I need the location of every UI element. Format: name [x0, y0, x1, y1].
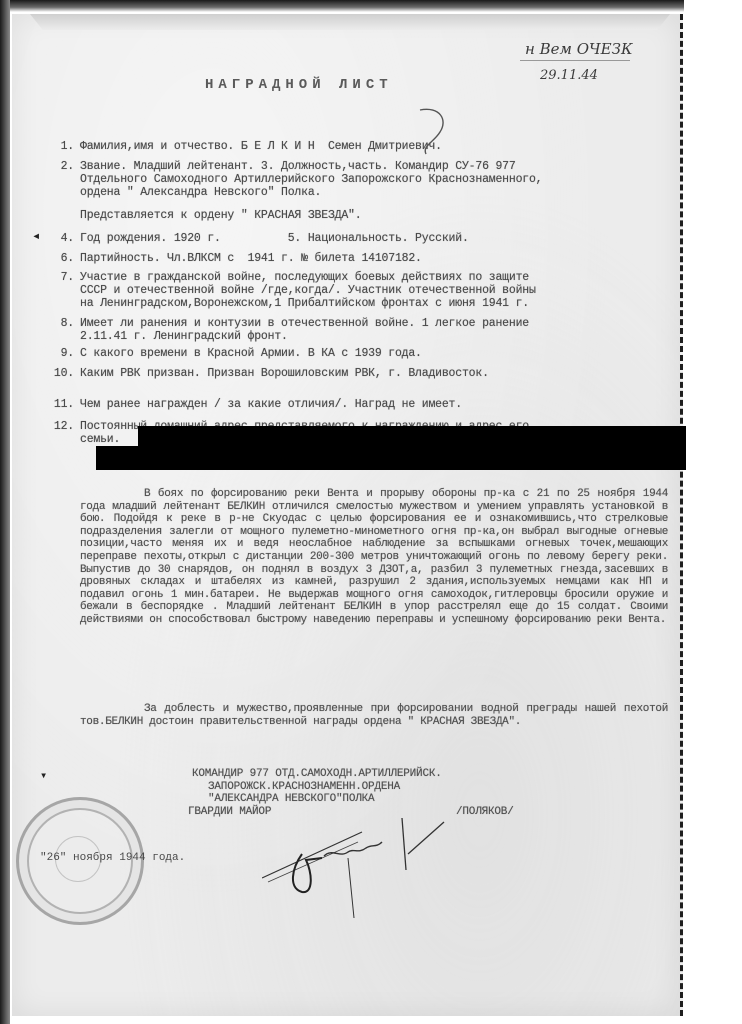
form-item: Представляется к ордену " КРАСНАЯ ЗВЕЗДА… [52, 209, 361, 222]
item-text: Фамилия,имя и отчество. Б Е Л К И Н Семе… [80, 140, 442, 153]
document-title: НАГРАДНОЙ ЛИСТ [205, 77, 393, 93]
item-text: Отдельного Самоходного Артиллерийского З… [80, 173, 542, 186]
signature-icon [262, 808, 482, 928]
narrative-paragraph-1: В боях по форсированию реки Вента и прор… [80, 488, 668, 627]
form-item: 1.Фамилия,имя и отчество. Б Е Л К И Н Се… [52, 140, 442, 153]
item-text: Партийность. Чл.ВЛКСМ с 1941 г. № билета… [80, 252, 422, 265]
signer-unit-line3: "АЛЕКСАНДРА НЕВСКОГО"ПОЛКА [188, 793, 548, 806]
handwritten-note-line1: н Вем ОЧЕЗК [525, 40, 633, 58]
item-text: СССР и отечественной войне /где,когда/. … [80, 284, 536, 297]
form-item-line: на Ленинградском,Воронежском,1 Прибалтий… [52, 297, 536, 310]
form-item-line: Представляется к ордену " КРАСНАЯ ЗВЕЗДА… [52, 209, 361, 222]
item-text: Участие в гражданской войне, последующих… [80, 271, 529, 284]
form-item: 2.Звание. Младший лейтенант. 3. Должност… [52, 160, 542, 199]
document-date: "26" ноября 1944 года. [40, 852, 185, 864]
form-item: 8.Имеет ли ранения и контузии в отечеств… [52, 317, 529, 343]
item-text: Год рождения. 1920 г. 5. Национальность.… [80, 232, 469, 245]
signer-rank: ГВАРДИИ МАЙОР [188, 806, 271, 818]
scan-border-left [0, 0, 10, 1024]
form-item-line: 11.Чем ранее награжден / за какие отличи… [52, 398, 462, 411]
form-item-line: 6.Партийность. Чл.ВЛКСМ с 1941 г. № биле… [52, 252, 422, 265]
item-text: на Ленинградском,Воронежском,1 Прибалтий… [80, 297, 529, 310]
form-item-line: 2.11.41 г. Ленинградский фронт. [52, 330, 529, 343]
item-number: 9. [52, 347, 74, 360]
form-item: 7.Участие в гражданской войне, последующ… [52, 271, 536, 310]
item-text: С какого времени в Красной Армии. В КА с… [80, 347, 422, 360]
item-number: 11. [52, 398, 74, 411]
redaction-bar-bottom [96, 446, 686, 470]
item-number: 7. [52, 271, 74, 284]
scan-border-top [0, 0, 742, 12]
item-text: Звание. Младший лейтенант. 3. Должность,… [80, 160, 516, 173]
narrative-text: В боях по форсированию реки Вента и прор… [80, 488, 668, 627]
conclusion-text: За доблесть и мужество,проявленные при ф… [80, 703, 668, 728]
item-number: 6. [52, 252, 74, 265]
item-number: 8. [52, 317, 74, 330]
item-text: Каким РВК призван. Призван Ворошиловским… [80, 367, 489, 380]
item-number: 10. [52, 367, 74, 380]
signer-unit-line2: ЗАПОРОЖСК.КРАСНОЗНАМЕНН.ОРДЕНА [188, 781, 548, 794]
item-number: 4. [52, 232, 74, 245]
form-item-line: ордена " Александра Невского" Полка. [52, 186, 542, 199]
item-text: Имеет ли ранения и контузии в отечествен… [80, 317, 529, 330]
form-item-line: 9.С какого времени в Красной Армии. В КА… [52, 347, 422, 360]
narrative-paragraph-2: За доблесть и мужество,проявленные при ф… [80, 703, 668, 728]
margin-mark-icon: ▾ [40, 768, 47, 783]
form-item-line: 4.Год рождения. 1920 г. 5. Национальност… [52, 232, 469, 245]
form-item-line: 7.Участие в гражданской войне, последующ… [52, 271, 536, 284]
handwritten-note-underline [520, 60, 630, 61]
form-item: 6.Партийность. Чл.ВЛКСМ с 1941 г. № биле… [52, 252, 422, 265]
item-number: 2. [52, 160, 74, 173]
form-item-line: 2.Звание. Младший лейтенант. 3. Должност… [52, 160, 542, 173]
item-text: семьи. [80, 433, 120, 446]
margin-mark-icon: ◂ [32, 228, 40, 245]
item-text: Представляется к ордену " КРАСНАЯ ЗВЕЗДА… [80, 209, 361, 222]
form-item-line: 8.Имеет ли ранения и контузии в отечеств… [52, 317, 529, 330]
form-item-line: Отдельного Самоходного Артиллерийского З… [52, 173, 542, 186]
item-number: 1. [52, 140, 74, 153]
signer-unit-line1: КОМАНДИР 977 ОТД.САМОХОДН.АРТИЛЛЕРИЙСК. [188, 768, 548, 781]
item-text: Чем ранее награжден / за какие отличия/.… [80, 398, 462, 411]
form-item: 11.Чем ранее награжден / за какие отличи… [52, 398, 462, 411]
form-item-line: СССР и отечественной войне /где,когда/. … [52, 284, 536, 297]
form-item: 9.С какого времени в Красной Армии. В КА… [52, 347, 422, 360]
item-text: ордена " Александра Невского" Полка. [80, 186, 321, 199]
paper-fold [30, 14, 670, 30]
item-number: 12. [52, 420, 74, 433]
redaction-bar-top [138, 426, 686, 448]
form-item: 10.Каким РВК призван. Призван Ворошиловс… [52, 367, 489, 380]
item-text: 2.11.41 г. Ленинградский фронт. [80, 330, 288, 343]
form-item-line: 10.Каким РВК призван. Призван Ворошиловс… [52, 367, 489, 380]
handwritten-note-date: 29.11.44 [540, 68, 598, 83]
form-item-line: 1.Фамилия,имя и отчество. Б Е Л К И Н Се… [52, 140, 442, 153]
form-item: 4.Год рождения. 1920 г. 5. Национальност… [52, 232, 469, 245]
scan-margin-right [684, 0, 742, 1024]
